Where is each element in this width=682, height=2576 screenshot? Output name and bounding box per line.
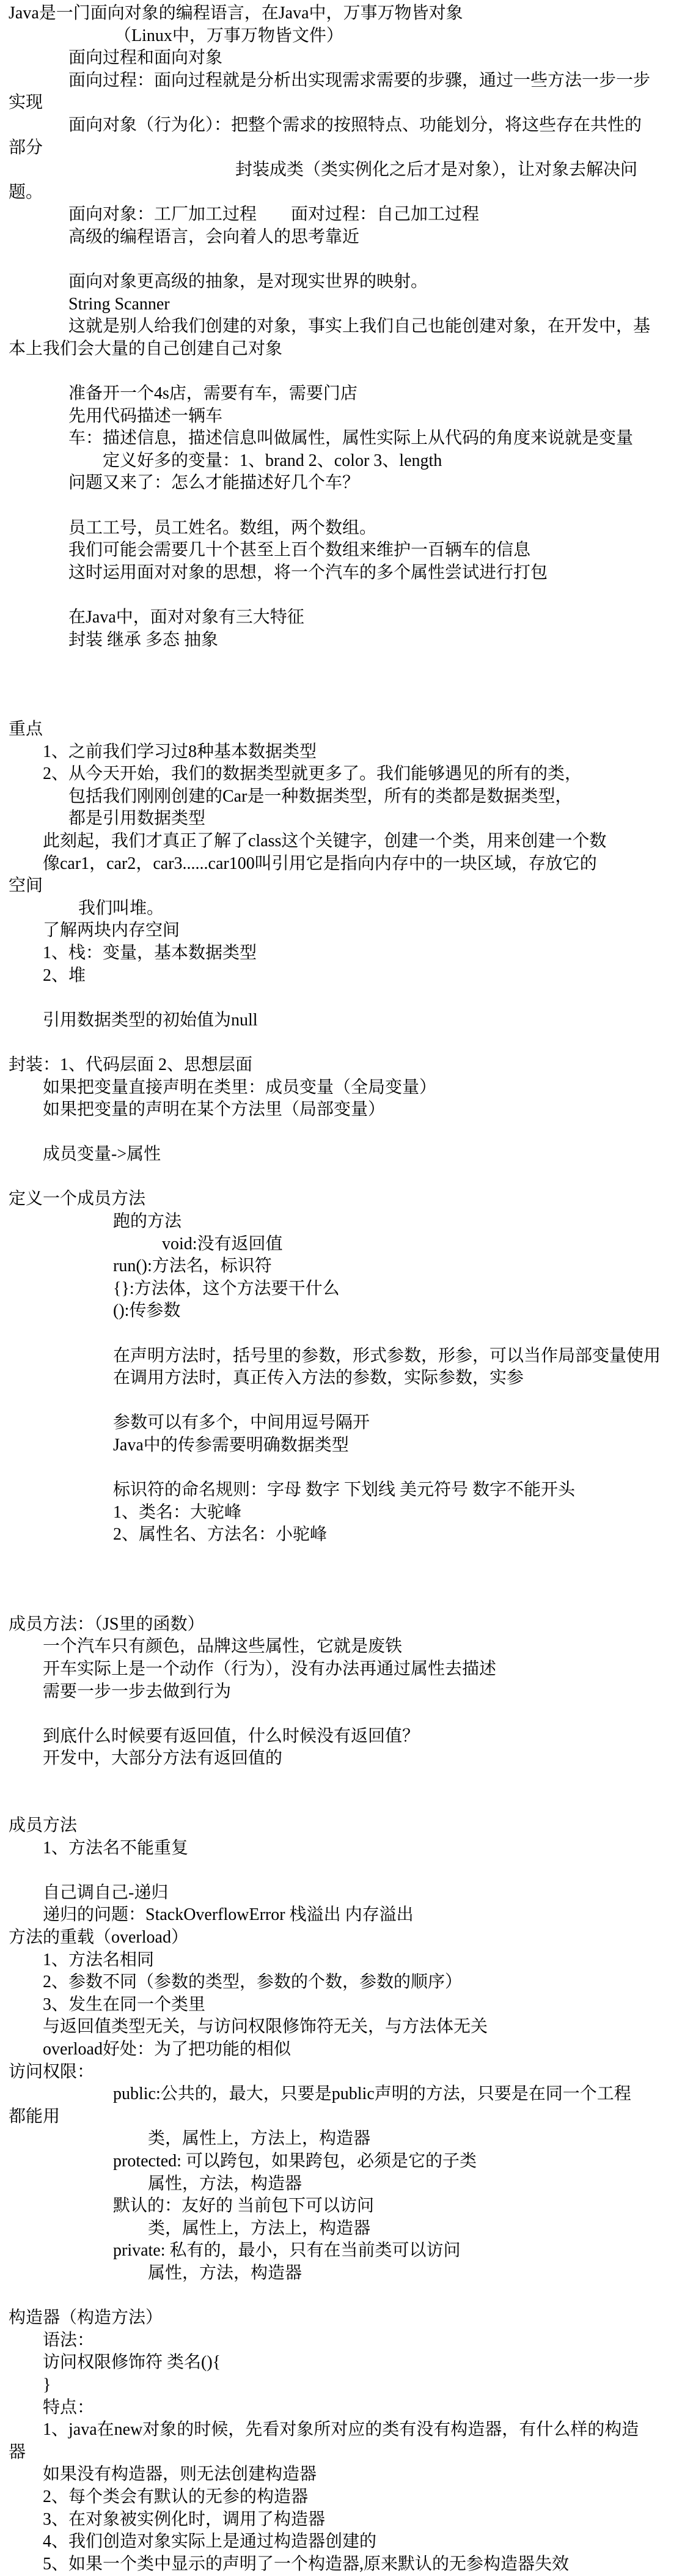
text-line: 了解两块内存空间 [0,920,682,942]
text-line: 2、参数不同（参数的类型，参数的个数，参数的顺序） [0,1971,682,1994]
text-line: （Linux中，万事万物皆文件） [0,25,682,48]
document-text: Java是一门面向对象的编程语言，在Java中，万事万物皆对象（Linux中，万… [0,2,682,2575]
text-line: 属性，方法，构造器 [0,2173,682,2196]
text-line: 1、java在new对象的时候，先看对象所对应的类有没有构造器，有什么样的构造 [0,2419,682,2441]
text-line: 如果把变量的声明在某个方法里（局部变量） [0,1099,682,1121]
text-line: 问题又来了：怎么才能描述好几个车？ [0,472,682,495]
text-line: 2、从今天开始，我们的数据类型就更多了。我们能够遇见的所有的类， [0,763,682,786]
text-line: 语法： [0,2330,682,2352]
text-line: 方法的重载（overload） [0,1927,682,1949]
text-line: 准备开一个4s店，需要有车，需要门店 [0,383,682,405]
text-line: Java是一门面向对象的编程语言，在Java中，万事万物皆对象 [0,2,682,25]
text-line: private: 私有的，最小，只有在当前类可以访问 [0,2240,682,2262]
text-line: overload好处：为了把功能的相似 [0,2039,682,2061]
text-line: 成员变量->属性 [0,1143,682,1166]
text-line: 包括我们刚刚创建的Car是一种数据类型，所有的类都是数据类型， [0,786,682,808]
text-line: 本上我们会大量的自己创建自己对象 [0,338,682,361]
text-line: 我们叫堆。 [0,898,682,920]
blank-line [0,584,682,607]
text-line: 定义一个成员方法 [0,1188,682,1211]
text-line: 3、在对象被实例化时，调用了构造器 [0,2509,682,2531]
text-line: void:没有返回值 [0,1233,682,1256]
text-line: 标识符的命名规则：字母 数字 下划线 美元符号 数字不能开头 [0,1479,682,1502]
text-line: 递归的问题：StackOverflowError 栈溢出 内存溢出 [0,1904,682,1927]
blank-line [0,2285,682,2308]
text-line: ():传参数 [0,1300,682,1323]
blank-line [0,1546,682,1569]
text-line: 先用代码描述一辆车 [0,405,682,428]
text-line: 在调用方法时，真正传入方法的参数，实际参数，实参 [0,1367,682,1390]
text-line: 器 [0,2441,682,2464]
blank-line [0,495,682,517]
text-line: 1、之前我们学习过8种基本数据类型 [0,741,682,764]
text-line: {}:方法体，这个方法要干什么 [0,1278,682,1301]
text-line: 访问权限修饰符 类名(){ [0,2352,682,2374]
blank-line [0,249,682,271]
text-line: 封装：1、代码层面 2、思想层面 [0,1054,682,1077]
text-line: 属性，方法，构造器 [0,2262,682,2285]
text-line: 都能用 [0,2106,682,2128]
text-line: 定义好多的变量：1、brand 2、color 3、length [0,450,682,473]
blank-line [0,1166,682,1189]
blank-line [0,696,682,718]
text-line: 面向过程：面向过程就是分析出实现需求需要的步骤，通过一些方法一步一步 [0,70,682,92]
blank-line [0,1793,682,1815]
text-line: 封装成类（类实例化之后才是对象），让对象去解决问 [0,159,682,182]
text-line: 面向对象：工厂加工过程 面对过程：自己加工过程 [0,204,682,226]
text-line: 参数可以有多个，中间用逗号隔开 [0,1412,682,1434]
text-line: 1、方法名不能重复 [0,1837,682,1860]
text-line: } [0,2374,682,2397]
blank-line [0,1121,682,1144]
text-line: 1、类名：大驼峰 [0,1502,682,1524]
blank-line [0,1569,682,1592]
text-line: 开发中，大部分方法有返回值的 [0,1747,682,1770]
text-line: 这时运用面对对象的思想，将一个汽车的多个属性尝试进行打包 [0,562,682,585]
text-line: Java中的传参需要明确数据类型 [0,1434,682,1457]
text-line: 成员方法：（JS里的函数） [0,1614,682,1636]
text-line: public:公共的，最大，只要是public声明的方法，只要是在同一个工程 [0,2083,682,2106]
text-line: protected: 可以跨包，如果跨包，必须是它的子类 [0,2150,682,2173]
text-line: 5、如果一个类中显示的声明了一个构造器,原来默认的无参构造器失效 [0,2553,682,2576]
text-line: 3、发生在同一个类里 [0,1994,682,2017]
text-line: 访问权限： [0,2061,682,2084]
text-line: 一个汽车只有颜色，品牌这些属性，它就是废铁 [0,1636,682,1658]
text-line: 面向过程和面向对象 [0,47,682,70]
blank-line [0,1390,682,1412]
text-line: 1、栈：变量，基本数据类型 [0,942,682,965]
text-line: 到底什么时候要有返回值，什么时候没有返回值？ [0,1725,682,1748]
text-line: 与返回值类型无关，与访问权限修饰符无关，与方法体无关 [0,2016,682,2039]
blank-line [0,1032,682,1054]
text-line: 构造器（构造方法） [0,2307,682,2330]
text-line: 员工工号，员工姓名。数组，两个数组。 [0,517,682,540]
blank-line [0,674,682,696]
blank-line [0,1323,682,1345]
blank-line [0,1859,682,1882]
text-line: 此刻起，我们才真正了解了class这个关键字，创建一个类，用来创建一个数 [0,830,682,853]
text-line: 部分 [0,137,682,160]
text-line: 实现 [0,92,682,114]
text-line: 像car1，car2，car3......car100叫引用它是指向内存中的一块… [0,853,682,876]
text-line: 封装 继承 多态 抽象 [0,629,682,652]
text-line: String Scanner [0,293,682,316]
text-line: 4、我们创造对象实际上是通过构造器创建的 [0,2531,682,2553]
text-line: 车：描述信息，描述信息叫做属性，属性实际上从代码的角度来说就是变量 [0,427,682,450]
text-line: 类，属性上，方法上，构造器 [0,2128,682,2150]
blank-line [0,361,682,383]
text-line: 需要一步一步去做到行为 [0,1681,682,1703]
text-line: 重点 [0,718,682,741]
text-line: 在声明方法时，括号里的参数，形式参数，形参，可以当作局部变量使用 [0,1345,682,1368]
text-line: 如果把变量直接声明在类里：成员变量（全局变量） [0,1077,682,1099]
text-line: 特点： [0,2397,682,2419]
text-line: 题。 [0,182,682,204]
text-line: 引用数据类型的初始值为null [0,1009,682,1032]
text-line: 面向对象（行为化）：把整个需求的按照特点、功能划分，将这些存在共性的 [0,114,682,137]
text-line: 这就是别人给我们创建的对象，事实上我们自己也能创建对象，在开发中，基 [0,316,682,338]
text-line: 面向对象更高级的抽象，是对现实世界的映射。 [0,271,682,293]
text-line: 自己调自己-递归 [0,1882,682,1905]
text-line: 我们可能会需要几十个甚至上百个数组来维护一百辆车的信息 [0,539,682,562]
text-line: 开车实际上是一个动作（行为），没有办法再通过属性去描述 [0,1658,682,1681]
blank-line [0,1591,682,1614]
text-line: 2、每个类会有默认的无参的构造器 [0,2486,682,2509]
text-line: 类，属性上，方法上，构造器 [0,2218,682,2240]
text-line: 空间 [0,875,682,898]
text-line: 1、方法名相同 [0,1949,682,1972]
document-page: Java是一门面向对象的编程语言，在Java中，万事万物皆对象（Linux中，万… [0,0,682,2576]
blank-line [0,1457,682,1480]
text-line: 跑的方法 [0,1211,682,1233]
text-line: 高级的编程语言，会向着人的思考靠近 [0,226,682,249]
text-line: 成员方法 [0,1815,682,1837]
blank-line [0,1770,682,1793]
text-line: run():方法名，标识符 [0,1255,682,1278]
text-line: 都是引用数据类型 [0,808,682,830]
blank-line [0,1703,682,1725]
text-line: 默认的：友好的 当前包下可以访问 [0,2195,682,2218]
blank-line [0,987,682,1009]
text-line: 2、堆 [0,965,682,987]
text-line: 2、属性名、方法名：小驼峰 [0,1524,682,1546]
blank-line [0,651,682,674]
text-line: 在Java中，面对对象有三大特征 [0,607,682,629]
text-line: 如果没有构造器，则无法创建构造器 [0,2463,682,2486]
